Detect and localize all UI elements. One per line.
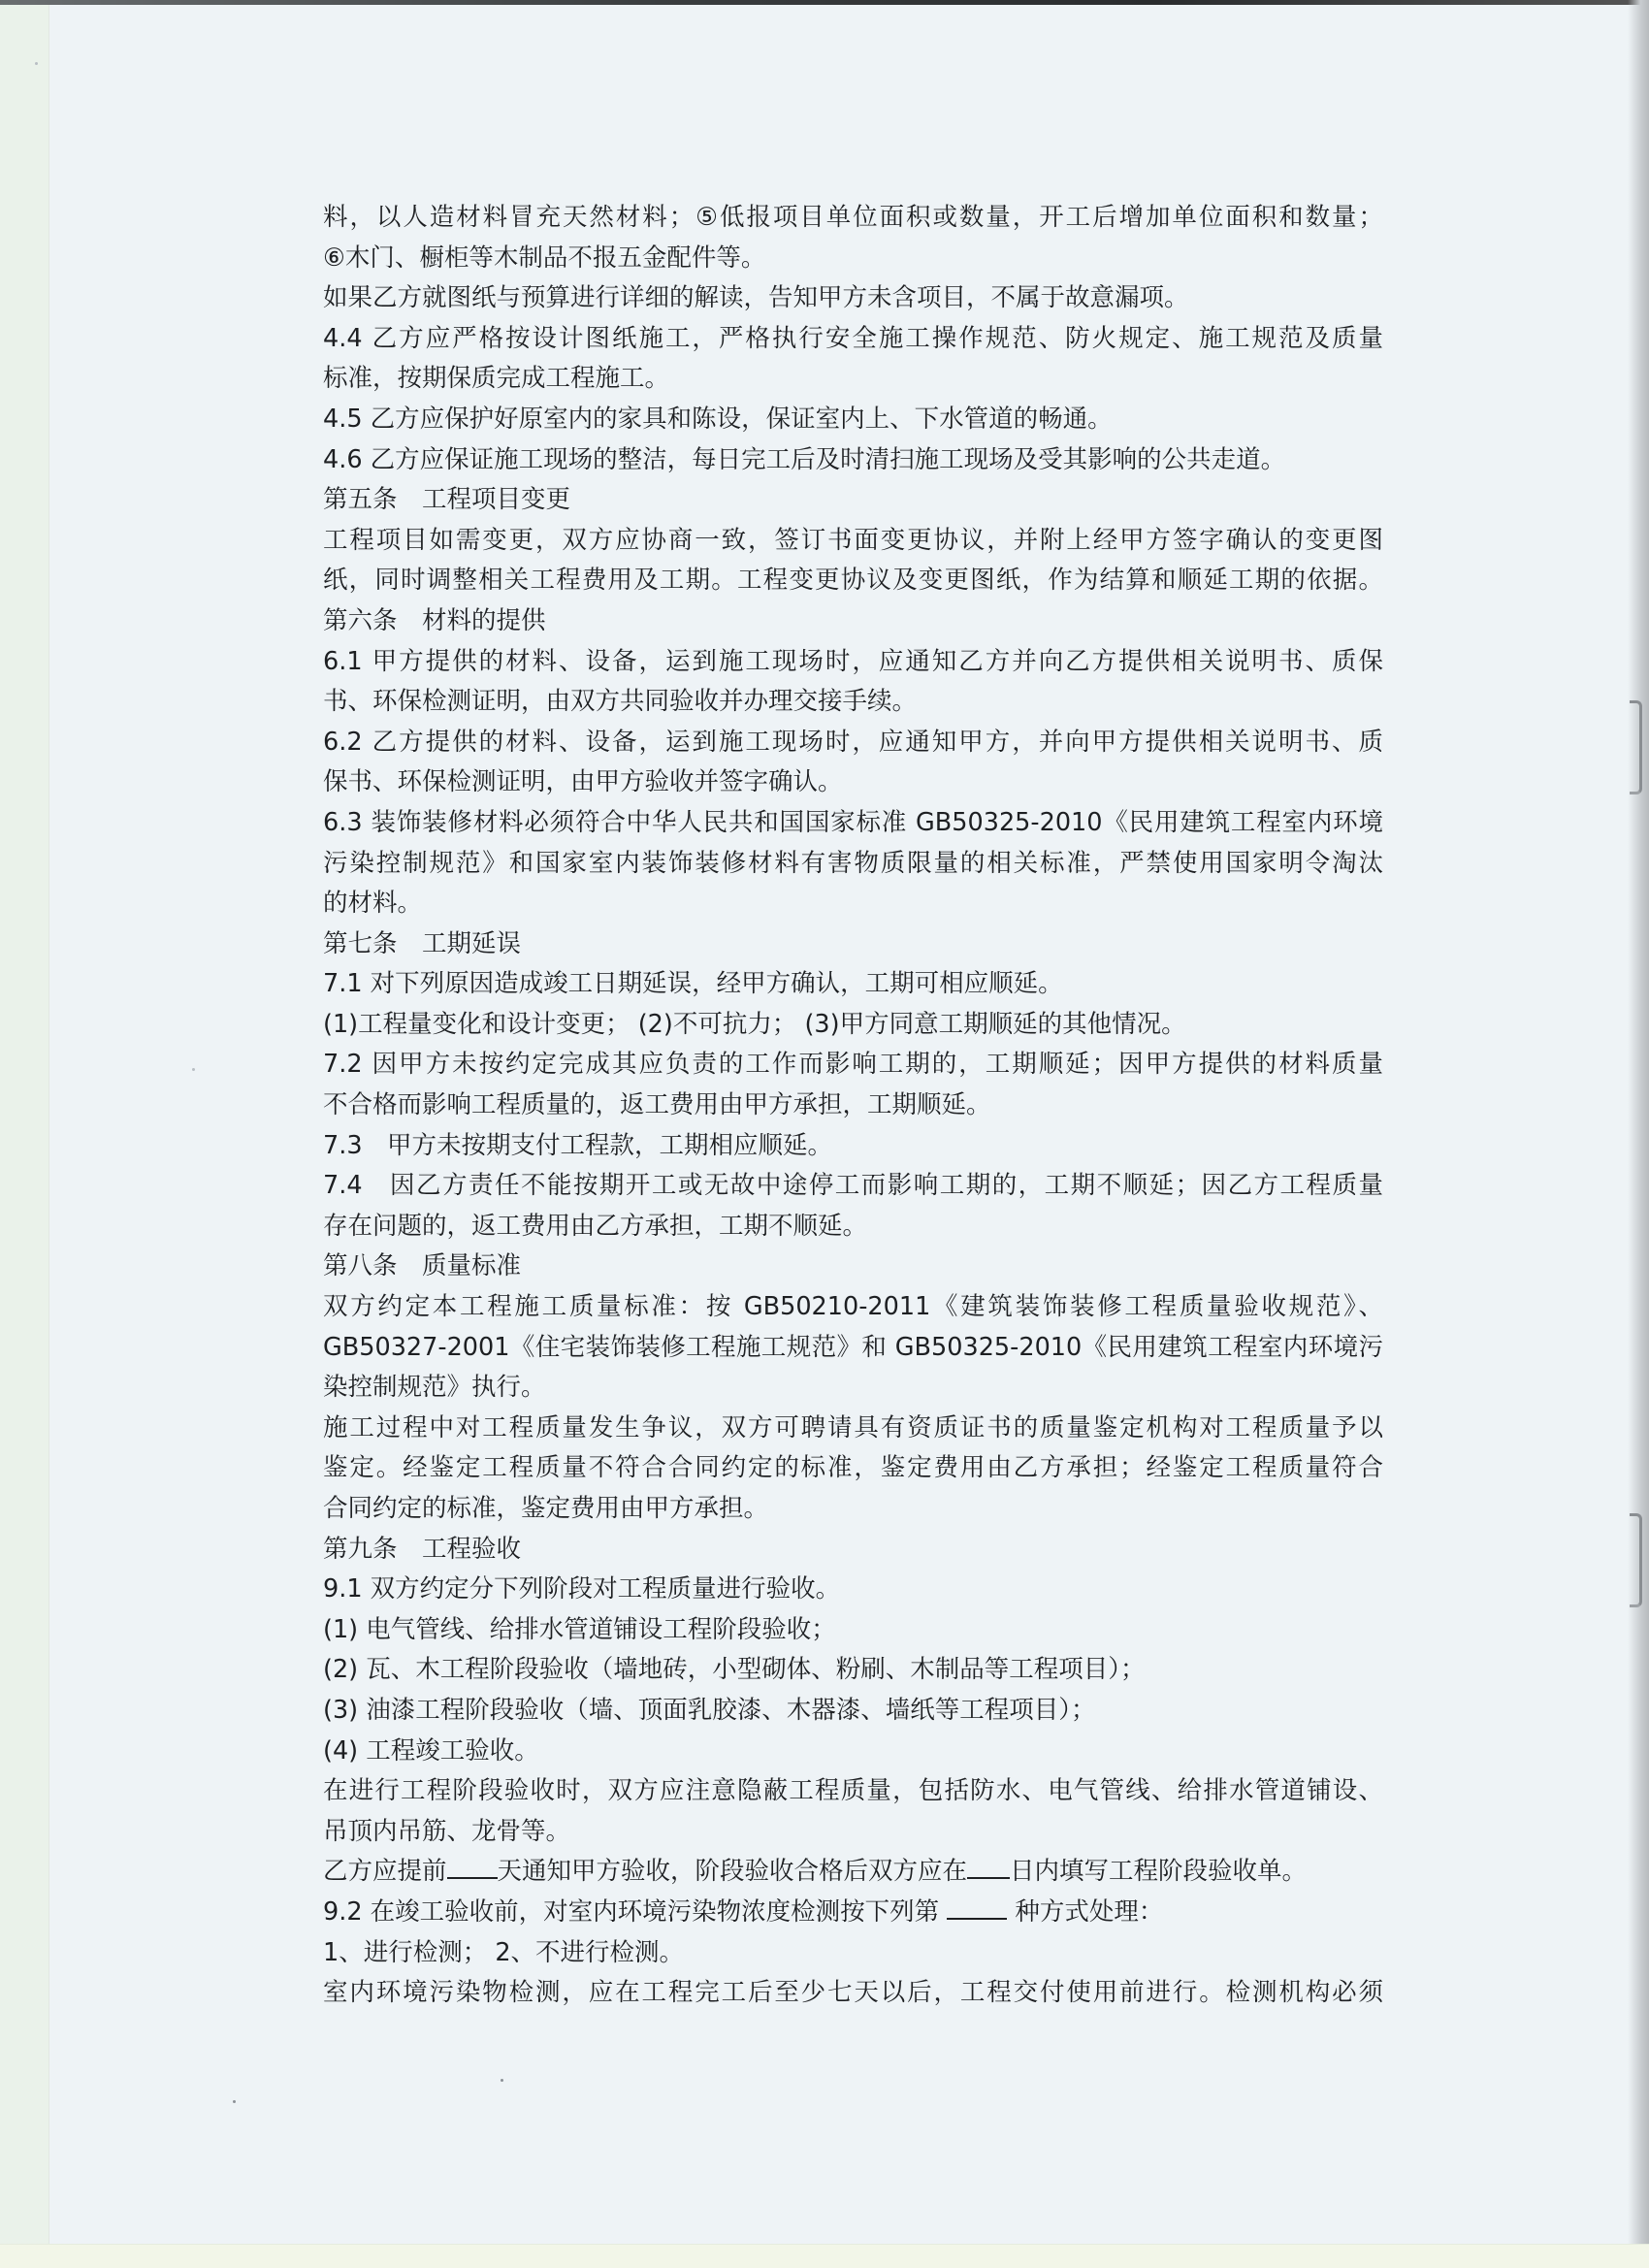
text-line: 9.1 双方约定分下列阶段对工程质量进行验收。 [323, 1570, 1383, 1610]
contract-lines: 料，以人造材料冒充天然材料；⑤低报项目单位面积或数量，开工后增加单位面积和数量；… [323, 198, 1383, 1852]
text-segment: 9.2 在竣工验收前，对室内环境污染物浓度检测按下列第 [323, 1897, 947, 1927]
scan-dust-speck [192, 1068, 195, 1071]
text-line: (4) 工程竣工验收。 [323, 1732, 1383, 1772]
text-line: GB50327-2001《住宅装饰装修工程施工规范》和 GB50325-2010… [323, 1328, 1383, 1369]
text-line: 料，以人造材料冒充天然材料；⑤低报项目单位面积或数量，开工后增加单位面积和数量； [323, 198, 1383, 239]
scan-dust-speck [233, 2100, 236, 2103]
text-line: 4.4 乙方应严格按设计图纸施工，严格执行安全施工操作规范、防火规定、施工规范及… [323, 319, 1383, 360]
text-line: 鉴定。经鉴定工程质量不符合合同约定的标准，鉴定费用由乙方承担；经鉴定工程质量符合 [323, 1448, 1383, 1489]
text-line: 第七条 工期延误 [323, 924, 1383, 965]
text-line: 4.6 乙方应保证施工现场的整洁，每日完工后及时清扫施工现场及受其影响的公共走道… [323, 440, 1383, 481]
text-line: 1、进行检测； 2、不进行检测。 [323, 1933, 1383, 1974]
text-line: 保书、环保检测证明，由甲方验收并签字确认。 [323, 762, 1383, 803]
text-line: 工程项目如需变更，双方应协商一致，签订书面变更协议，并附上经甲方签字确认的变更图 [323, 521, 1383, 562]
text-line: 染控制规范》执行。 [323, 1368, 1383, 1409]
scan-dust-speck [501, 2079, 503, 2082]
contract-page-body: 料，以人造材料冒充天然材料；⑤低报项目单位面积或数量，开工后增加单位面积和数量；… [323, 198, 1383, 2014]
fill-in-blank-option[interactable] [947, 1893, 1007, 1920]
text-line: 7.1 对下列原因造成竣工日期延误，经甲方确认，工期可相应顺延。 [323, 964, 1383, 1005]
text-line: 纸，同时调整相关工程费用及工期。工程变更协议及变更图纸，作为结算和顺延工期的依据… [323, 561, 1383, 601]
text-line: (3) 油漆工程阶段验收（墙、顶面乳胶漆、木器漆、墙纸等工程项目）； [323, 1691, 1383, 1732]
text-line: 合同约定的标准，鉴定费用由甲方承担。 [323, 1489, 1383, 1530]
text-line: (2) 瓦、木工程阶段验收（墙地砖，小型砌体、粉刷、木制品等工程项目）； [323, 1650, 1383, 1691]
text-line: 不合格而影响工程质量的，返工费用由甲方承担，工期顺延。 [323, 1085, 1383, 1126]
text-line: 第五条 工程项目变更 [323, 480, 1383, 521]
acceptance-notice-line: 乙方应提前天通知甲方验收，阶段验收合格后双方应在日内填写工程阶段验收单。 [323, 1852, 1383, 1893]
text-line: 第八条 质量标准 [323, 1247, 1383, 1287]
text-line: 污染控制规范》和国家室内装饰装修材料有害物质限量的相关标准，严禁使用国家明令淘汰 [323, 844, 1383, 885]
text-line: 的材料。 [323, 884, 1383, 924]
scan-top-border [0, 0, 1649, 5]
fill-in-blank-days[interactable] [967, 1852, 1010, 1879]
scan-bottom-strip [0, 2244, 1649, 2268]
binding-clip-icon [1630, 747, 1642, 794]
text-line: 施工过程中对工程质量发生争议，双方可聘请具有资质证书的质量鉴定机构对工程质量予以 [323, 1409, 1383, 1449]
text-line: 第九条 工程验收 [323, 1530, 1383, 1571]
text-line: 6.3 装饰装修材料必须符合中华人民共和国国家标准 GB50325-2010《民… [323, 803, 1383, 844]
text-line: 6.1 甲方提供的材料、设备，运到施工现场时，应通知乙方并向乙方提供相关说明书、… [323, 642, 1383, 683]
text-line: 7.2 因甲方未按约定完成其应负责的工作而影响工期的，工期顺延；因甲方提供的材料… [323, 1045, 1383, 1085]
text-line: 如果乙方就图纸与预算进行详细的解读，告知甲方未含项目，不属于故意漏项。 [323, 278, 1383, 319]
text-segment: 天通知甲方验收，阶段验收合格后双方应在 [498, 1857, 968, 1886]
text-line: 吊顶内吊筋、龙骨等。 [323, 1812, 1383, 1853]
scan-dust-speck [35, 62, 38, 65]
clause-9-2-line: 9.2 在竣工验收前，对室内环境污染物浓度检测按下列第 种方式处理： [323, 1893, 1383, 1933]
text-line: 7.3 甲方未按期支付工程款，工期相应顺延。 [323, 1126, 1383, 1167]
text-segment: 乙方应提前 [323, 1857, 447, 1886]
text-line: 在进行工程阶段验收时，双方应注意隐蔽工程质量，包括防水、电气管线、给排水管道铺设… [323, 1771, 1383, 1812]
text-line: 6.2 乙方提供的材料、设备，运到施工现场时，应通知甲方，并向甲方提供相关说明书… [323, 723, 1383, 763]
text-line: 双方约定本工程施工质量标准：按 GB50210-2011《建筑装饰装修工程质量验… [323, 1287, 1383, 1328]
contract-tail-lines: 1、进行检测； 2、不进行检测。室内环境污染物检测，应在工程完工后至少七天以后，… [323, 1933, 1383, 2014]
text-line: 存在问题的，返工费用由乙方承担，工期不顺延。 [323, 1207, 1383, 1247]
text-line: 第六条 材料的提供 [323, 601, 1383, 642]
text-line: 室内环境污染物检测，应在工程完工后至少七天以后，工程交付使用前进行。检测机构必须 [323, 1973, 1383, 2014]
text-line: ⑥木门、橱柜等木制品不报五金配件等。 [323, 239, 1383, 279]
text-line: 书、环保检测证明，由双方共同验收并办理交接手续。 [323, 682, 1383, 723]
binding-clip-icon [1630, 1513, 1642, 1561]
text-segment: 日内填写工程阶段验收单。 [1010, 1857, 1307, 1886]
scan-right-edge-shadow [1628, 0, 1649, 2268]
fill-in-blank-days[interactable] [447, 1852, 498, 1879]
binding-clip-icon [1630, 1560, 1642, 1607]
text-line: 标准，按期保质完成工程施工。 [323, 359, 1383, 400]
text-line: 4.5 乙方应保护好原室内的家具和陈设，保证室内上、下水管道的畅通。 [323, 400, 1383, 440]
text-line: (1)工程量变化和设计变更； (2)不可抗力； (3)甲方同意工期顺延的其他情况… [323, 1005, 1383, 1046]
text-line: 7.4 因乙方责任不能按期开工或无故中途停工而影响工期的，工期不顺延；因乙方工程… [323, 1166, 1383, 1207]
binding-clip-icon [1630, 700, 1642, 748]
scan-left-margin [0, 5, 49, 2268]
text-line: (1) 电气管线、给排水管道铺设工程阶段验收； [323, 1610, 1383, 1651]
text-segment: 种方式处理： [1007, 1897, 1163, 1927]
